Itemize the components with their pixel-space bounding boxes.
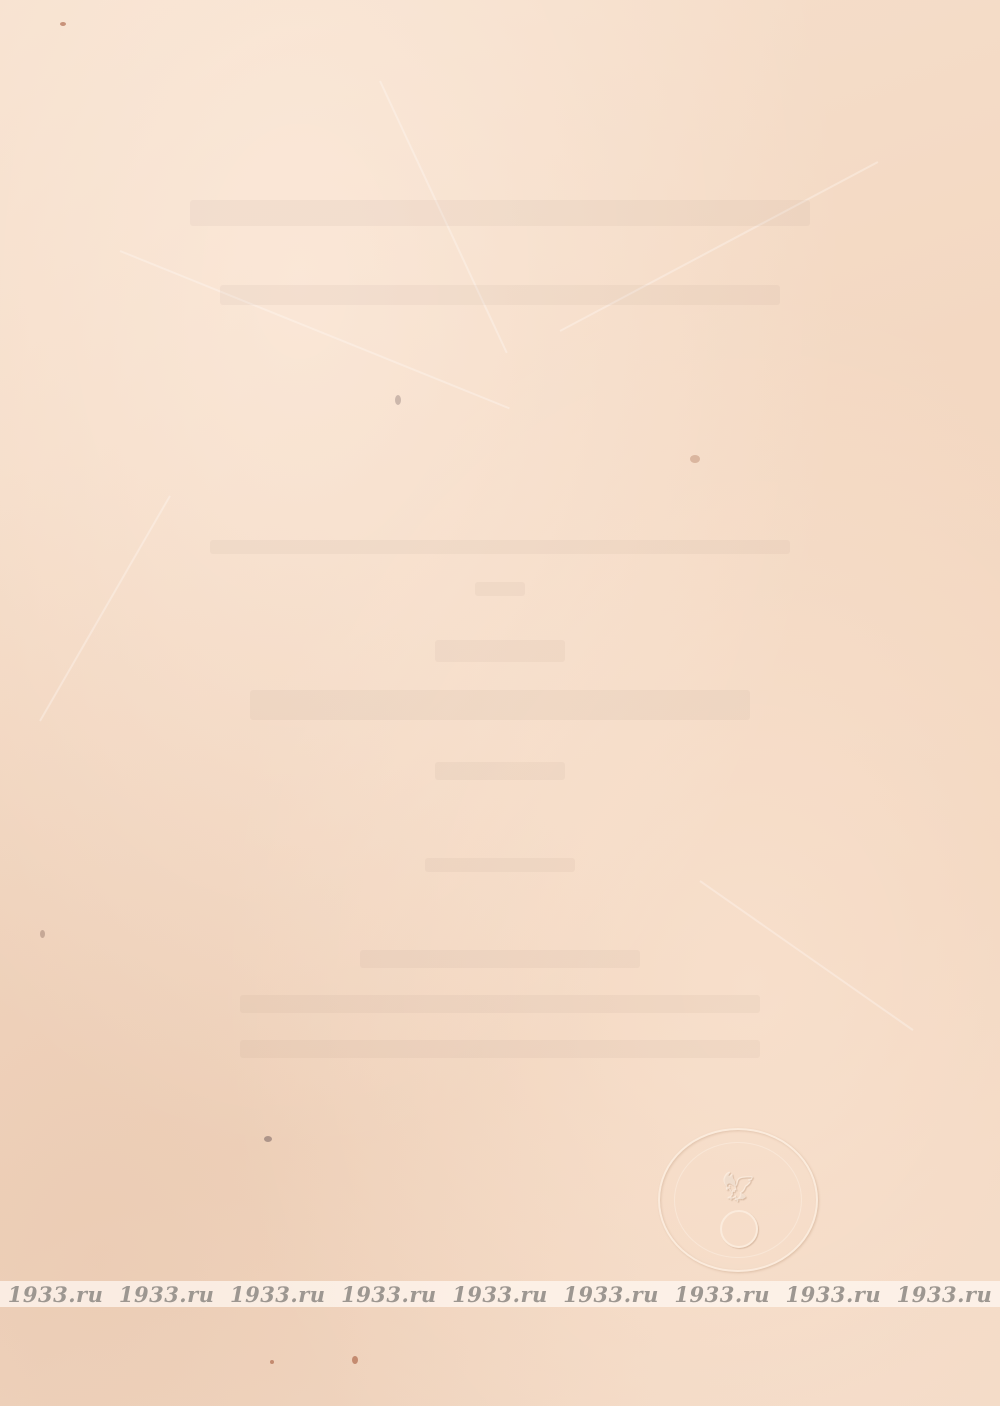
- stain-spot: [270, 1360, 274, 1364]
- wreath-icon: [720, 1210, 758, 1248]
- paper-crease: [39, 495, 171, 721]
- paper-crease: [560, 161, 879, 332]
- stain-spot: [395, 395, 401, 405]
- watermark-text: 1933.ru: [341, 1282, 437, 1307]
- show-through-text: [250, 690, 750, 720]
- show-through-text: [220, 285, 780, 305]
- embossed-seal: 🦅︎: [658, 1128, 818, 1272]
- watermark-text: 1933.ru: [119, 1282, 215, 1307]
- watermark-text: 1933.ru: [897, 1282, 993, 1307]
- eagle-seal-icon: 🦅︎: [660, 1170, 816, 1205]
- watermark-text: 1933.ru: [674, 1282, 770, 1307]
- watermark-text: 1933.ru: [786, 1282, 882, 1307]
- show-through-text: [240, 995, 760, 1013]
- stain-spot: [60, 22, 66, 26]
- show-through-text: [360, 950, 640, 968]
- stain-spot: [40, 930, 45, 938]
- stain-spot: [264, 1136, 272, 1142]
- stain-spot: [690, 455, 700, 463]
- show-through-text: [210, 540, 790, 554]
- show-through-text: [425, 858, 575, 872]
- show-through-text: [240, 1040, 760, 1058]
- show-through-text: [435, 762, 565, 780]
- show-through-text: [475, 582, 525, 596]
- watermark-text: 1933.ru: [230, 1282, 326, 1307]
- watermark-text: 1933.ru: [452, 1282, 548, 1307]
- document-page: 🦅︎ 1933.ru 1933.ru 1933.ru 1933.ru 1933.…: [0, 0, 1000, 1406]
- show-through-text: [435, 640, 565, 662]
- watermark-text: 1933.ru: [563, 1282, 659, 1307]
- paper-crease: [120, 250, 510, 409]
- stain-spot: [352, 1356, 358, 1364]
- watermark-text: 1933.ru: [8, 1282, 104, 1307]
- show-through-text: [190, 200, 810, 226]
- watermark-strip: 1933.ru 1933.ru 1933.ru 1933.ru 1933.ru …: [0, 1281, 1000, 1307]
